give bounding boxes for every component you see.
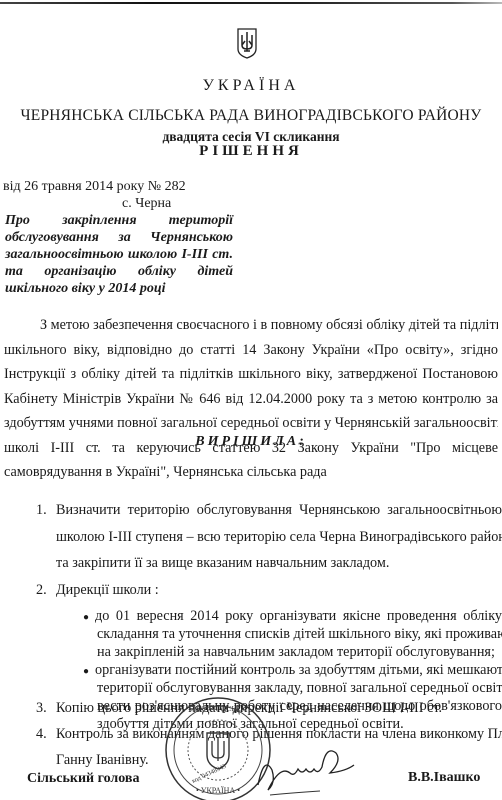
item-number: 3. xyxy=(36,700,47,717)
bullet-icon: ● xyxy=(83,666,89,677)
preamble-line: З метою забезпечення своєчасного і в пов… xyxy=(4,313,498,338)
bullet-icon: ● xyxy=(83,612,89,623)
trident-coat-of-arms-icon xyxy=(236,27,258,59)
bullet-1-line: складання та уточнення списків дітей шкі… xyxy=(97,626,502,643)
preamble-line: здобуттям учнями повної загальної середн… xyxy=(4,411,498,436)
preamble-line: Кабінету Міністрів України № 646 від 12.… xyxy=(4,387,498,412)
item-number: 2. xyxy=(36,582,47,599)
scan-edge-line xyxy=(0,2,502,4)
decision-subject: Про закріплення території обслуговування… xyxy=(5,212,233,297)
svg-text:ЗАКАРПАТСЬКА: ЗАКАРПАТСЬКА xyxy=(191,705,245,713)
bullet-2-line: території обслуговування закладу, повної… xyxy=(97,680,502,697)
item-1-line: Визначити територію обслуговування Черня… xyxy=(56,502,502,519)
subject-line: та організацію обліку дітей xyxy=(5,263,233,280)
item-1-line: школою І-ІІІ ступеня – всю територію сел… xyxy=(56,529,502,546)
preamble-paragraph: З метою забезпечення своєчасного і в пов… xyxy=(4,313,498,485)
country-heading: УКРАЇНА xyxy=(0,77,502,95)
handwritten-signature-icon xyxy=(250,735,360,800)
document-type: РІШЕННЯ xyxy=(0,143,502,160)
decision-place: с. Черна xyxy=(122,196,171,212)
council-name: ЧЕРНЯНСЬКА СІЛЬСЬКА РАДА ВИНОГРАДІВСЬКОГ… xyxy=(0,107,502,125)
item-2-line: Дирекції школи : xyxy=(56,582,159,599)
resolved-heading: ВИРІШИЛА: xyxy=(0,434,502,450)
preamble-line: самоврядування в Україні", Чернянська сі… xyxy=(4,460,498,485)
signatory-title: Сільський голова xyxy=(27,771,139,787)
bullet-1-line: до 01 вересня 2014 року організувати які… xyxy=(95,608,502,625)
decision-date-number: від 26 травня 2014 року № 282 xyxy=(3,179,186,195)
bullet-1-line: на закріпленій за навчальним закладом те… xyxy=(97,644,495,661)
preamble-line: Інструкції з обліку дітей та підлітків ш… xyxy=(4,362,498,387)
subject-line: загальноосвітньою школою І-ІІІ ст. xyxy=(5,246,233,263)
item-4-line: Ганну Іванівну. xyxy=(56,752,149,769)
svg-text:код 04348343: код 04348343 xyxy=(191,763,227,785)
subject-line: Про закріплення території xyxy=(5,212,233,229)
svg-text:• УКРАЇНА •: • УКРАЇНА • xyxy=(196,786,240,795)
subject-line: шкільного віку у 2014 році xyxy=(5,280,233,297)
bullet-2-line: організувати постійний контроль за здобу… xyxy=(95,662,502,679)
item-1-line: та закріпити її за вище вказаним навчаль… xyxy=(56,555,389,572)
signatory-name: В.В.Івашко xyxy=(408,770,480,786)
item-number: 4. xyxy=(36,726,47,743)
subject-line: обслуговування за Чернянською xyxy=(5,229,233,246)
preamble-line: шкільного віку, відповідно до статті 14 … xyxy=(4,338,498,363)
item-number: 1. xyxy=(36,502,47,519)
